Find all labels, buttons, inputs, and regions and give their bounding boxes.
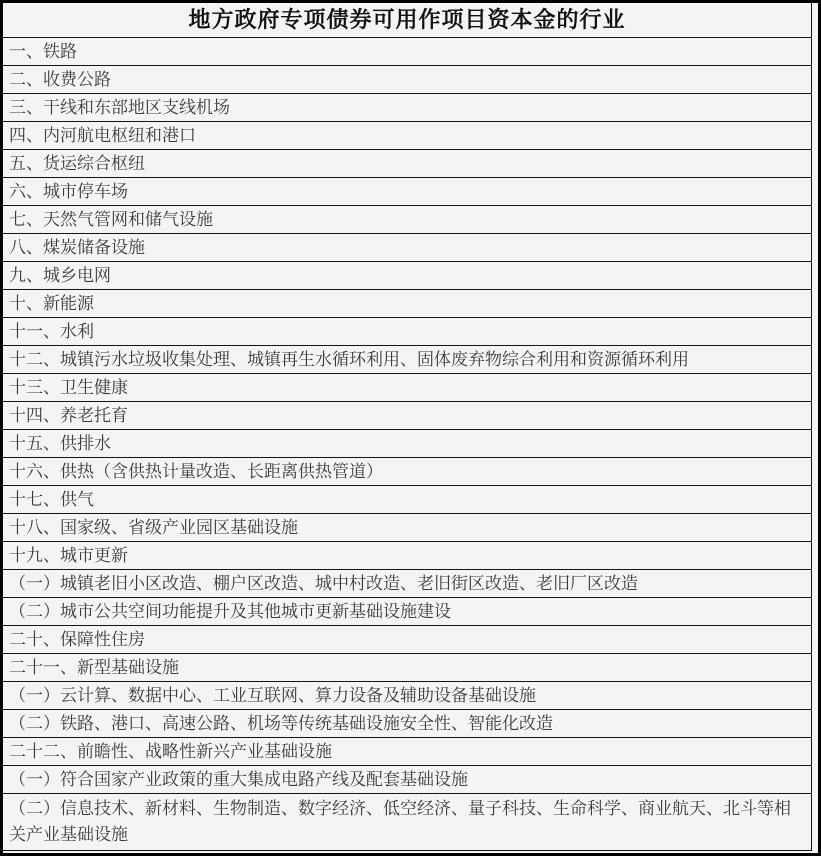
table-row: 十一、水利 [3, 318, 811, 346]
table-row-sub: （二）信息技术、新材料、生物制造、数字经济、低空经济、量子科技、生命科学、商业航… [3, 794, 811, 850]
table-row: 十二、城镇污水垃圾收集处理、城镇再生水循环利用、固体废弃物综合利用和资源循环利用 [3, 346, 811, 374]
table-row-sub: （一）云计算、数据中心、工业互联网、算力设备及辅助设备基础设施 [3, 682, 811, 710]
table-title: 地方政府专项债券可用作项目资本金的行业 [3, 3, 811, 38]
table-row: 七、天然气管网和储气设施 [3, 206, 811, 234]
table-row: 三、干线和东部地区支线机场 [3, 94, 811, 122]
table-row: 二十一、新型基础设施 [3, 654, 811, 682]
table-row: 十九、城市更新 [3, 542, 811, 570]
table-body: 地方政府专项债券可用作项目资本金的行业 一、铁路 二、收费公路 三、干线和东部地… [3, 3, 812, 851]
table-row: 十三、卫生健康 [3, 374, 811, 402]
table-row-sub: （二）铁路、港口、高速公路、机场等传统基础设施安全性、智能化改造 [3, 710, 811, 738]
table-row: 九、城乡电网 [3, 262, 811, 290]
table-row: 十四、养老托育 [3, 402, 811, 430]
table-row: 四、内河航电枢纽和港口 [3, 122, 811, 150]
special-bond-industry-table: 地方政府专项债券可用作项目资本金的行业 一、铁路 二、收费公路 三、干线和东部地… [0, 0, 821, 856]
table-row: 六、城市停车场 [3, 178, 811, 206]
table-row: 十七、供气 [3, 486, 811, 514]
table-row: 八、煤炭储备设施 [3, 234, 811, 262]
table-row: 五、货运综合枢纽 [3, 150, 811, 178]
table-row: 十八、国家级、省级产业园区基础设施 [3, 514, 811, 542]
table-row-sub: （一）城镇老旧小区改造、棚户区改造、城中村改造、老旧街区改造、老旧厂区改造 [3, 570, 811, 598]
table-row: 二十二、前瞻性、战略性新兴产业基础设施 [3, 738, 811, 766]
table-row: 十、新能源 [3, 290, 811, 318]
table-row: 二、收费公路 [3, 66, 811, 94]
table-row-sub: （二）城市公共空间功能提升及其他城市更新基础设施建设 [3, 598, 811, 626]
table-row: 二十、保障性住房 [3, 626, 811, 654]
table-row-sub: （一）符合国家产业政策的重大集成电路产线及配套基础设施 [3, 766, 811, 794]
table-row: 一、铁路 [3, 38, 811, 66]
table-row: 十五、供排水 [3, 430, 811, 458]
table-row: 十六、供热（含供热计量改造、长距离供热管道） [3, 458, 811, 486]
